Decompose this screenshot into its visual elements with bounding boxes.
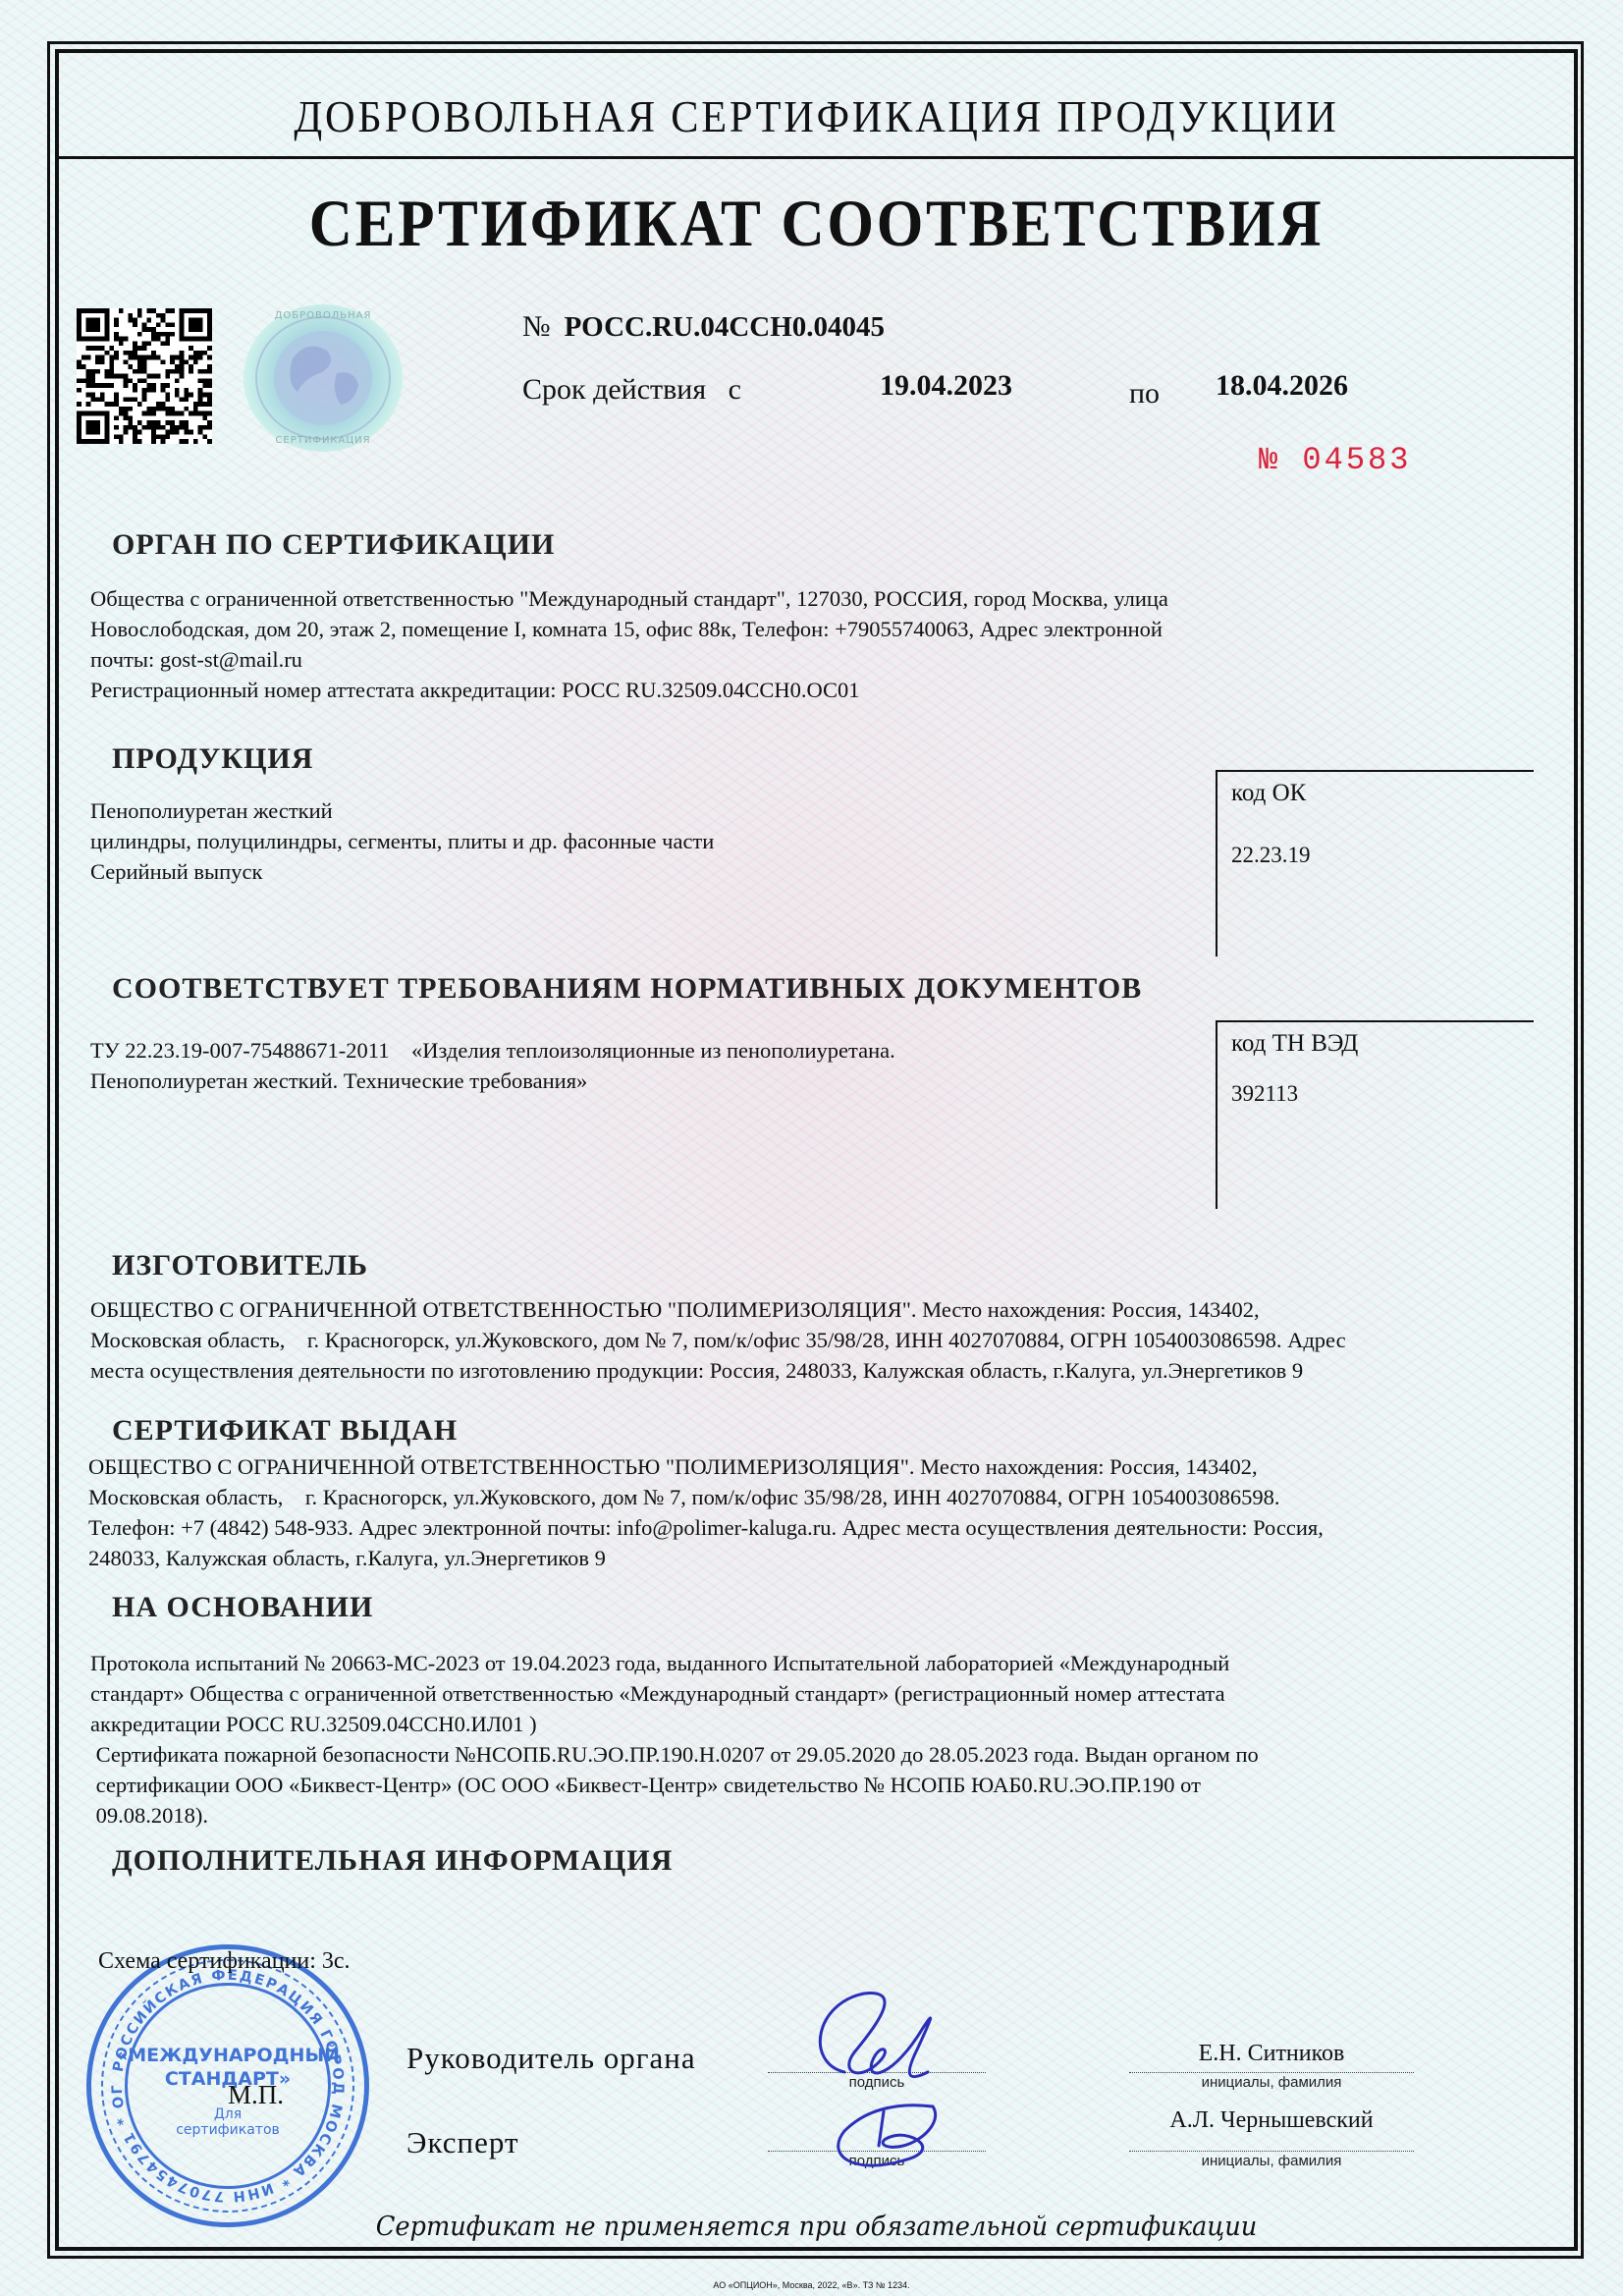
- okpd-code-value: 22.23.19: [1231, 843, 1534, 868]
- seal-name-line1: «МЕЖДУНАРОДНЫЙ: [91, 2044, 364, 2067]
- text-line: Пенополиуретан жесткий: [90, 795, 1170, 826]
- qr-code-icon: [77, 308, 212, 444]
- text-line: аккредитации РОСС RU.32509.04ССН0.ИЛ01 ): [90, 1709, 1563, 1739]
- text-line: 248033, Калужская область, г.Калуга, ул.…: [88, 1543, 1561, 1573]
- text-line: Телефон: +7 (4842) 548-933. Адрес электр…: [88, 1512, 1561, 1543]
- tnved-code-box: код ТН ВЭД 392113: [1216, 1020, 1534, 1209]
- text-line: сертификации ООО «Биквест-Центр» (ОС ООО…: [90, 1770, 1563, 1800]
- head-name: Е.Н. Ситников: [1129, 2041, 1414, 2067]
- seal-place-label: М.П.: [228, 2080, 284, 2110]
- text-line: Пенополиуретан жесткий. Технические треб…: [90, 1066, 1170, 1096]
- certificate-number: №РОСС.RU.04ССН0.04045: [522, 310, 885, 344]
- text-line: стандарт» Общества с ограниченной ответс…: [90, 1678, 1563, 1709]
- okpd-code-box: код ОК 22.23.19: [1216, 770, 1534, 957]
- hologram-top-text: ДОБРОВОЛЬНАЯ: [243, 310, 403, 321]
- head-name-line: [1129, 2072, 1414, 2073]
- validity-from-label: с: [729, 373, 741, 406]
- okpd-code-caption: код ОК: [1231, 780, 1534, 807]
- section-heading-additional-info: ДОПОЛНИТЕЛЬНАЯ ИНФОРМАЦИЯ: [112, 1844, 673, 1878]
- footer-note: Сертификат не применяется при обязательн…: [93, 2212, 1540, 2242]
- section-heading-compliance: СООТВЕТСТВУЕТ ТРЕБОВАНИЯМ НОРМАТИВНЫХ ДО…: [112, 972, 1142, 1006]
- certificate-number-value: РОСС.RU.04ССН0.04045: [565, 311, 885, 343]
- expert-name-line: [1129, 2151, 1414, 2152]
- basis-text: Протокола испытаний № 20663-МС-2023 от 1…: [90, 1648, 1563, 1831]
- compliance-text: ТУ 22.23.19-007-75488671-2011 «Изделия т…: [90, 1035, 1170, 1096]
- certificate-main-title: СЕРТИФИКАТ СООТВЕТСТВИЯ: [132, 185, 1502, 262]
- validity-date-to: 18.04.2026: [1216, 369, 1348, 403]
- printer-imprint: АО «ОПЦИОН», Москва, 2022, «В». ТЗ № 123…: [0, 2280, 1623, 2290]
- certification-scheme: Схема сертификации: 3с.: [98, 1948, 351, 1975]
- head-role-label: Руководитель органа: [406, 2041, 696, 2076]
- expert-name: А.Л. Чернышевский: [1129, 2107, 1414, 2134]
- validity-to-label: по: [1129, 377, 1160, 410]
- hologram-globe-icon: ДОБРОВОЛЬНАЯ СЕРТИФИКАЦИЯ: [243, 304, 403, 452]
- section-heading-manufacturer: ИЗГОТОВИТЕЛЬ: [112, 1249, 368, 1283]
- section-heading-issued-to: СЕРТИФИКАТ ВЫДАН: [112, 1414, 458, 1448]
- text-line: Регистрационный номер аттестата аккредит…: [90, 675, 1543, 705]
- expert-name-hint: инициалы, фамилия: [1129, 2153, 1414, 2169]
- text-line: Общества с ограниченной ответственностью…: [90, 583, 1543, 614]
- product-text: Пенополиуретан жесткий цилиндры, полуцил…: [90, 795, 1170, 887]
- voluntary-certification-title: ДОБРОВОЛЬНАЯ СЕРТИФИКАЦИЯ ПРОДУКЦИИ: [116, 90, 1517, 142]
- validity-date-from: 19.04.2023: [880, 369, 1012, 403]
- section-heading-product: ПРОДУКЦИЯ: [112, 742, 313, 776]
- text-line: места осуществления деятельности по изго…: [90, 1355, 1563, 1386]
- text-line: ТУ 22.23.19-007-75488671-2011 «Изделия т…: [90, 1035, 1170, 1066]
- hologram-bottom-text: СЕРТИФИКАЦИЯ: [243, 435, 403, 446]
- text-line: Серийный выпуск: [90, 856, 1170, 887]
- text-line: Протокола испытаний № 20663-МС-2023 от 1…: [90, 1648, 1563, 1678]
- text-line: Новослободская, дом 20, этаж 2, помещени…: [90, 614, 1543, 644]
- text-line: ОБЩЕСТВО С ОГРАНИЧЕННОЙ ОТВЕТСТВЕННОСТЬЮ…: [90, 1294, 1563, 1325]
- certification-body-text: Общества с ограниченной ответственностью…: [90, 583, 1543, 705]
- section-heading-basis: НА ОСНОВАНИИ: [112, 1591, 373, 1624]
- signature-scribble-icon: [785, 1964, 1021, 2180]
- manufacturer-text: ОБЩЕСТВО С ОГРАНИЧЕННОЙ ОТВЕТСТВЕННОСТЬЮ…: [90, 1294, 1563, 1386]
- text-line: 09.08.2018).: [90, 1800, 1563, 1831]
- number-sign: №: [522, 310, 551, 343]
- text-line: ОБЩЕСТВО С ОГРАНИЧЕННОЙ ОТВЕТСТВЕННОСТЬЮ…: [88, 1451, 1561, 1482]
- validity-text: Срок действия: [522, 373, 706, 406]
- section-heading-certification-body: ОРГАН ПО СЕРТИФИКАЦИИ: [112, 528, 555, 562]
- text-line: Московская область, г. Красногорск, ул.Ж…: [90, 1325, 1563, 1355]
- text-line: цилиндры, полуцилиндры, сегменты, плиты …: [90, 826, 1170, 856]
- text-line: почты: gost-st@mail.ru: [90, 644, 1543, 675]
- expert-role-label: Эксперт: [406, 2125, 519, 2160]
- blank-serial-number: № 04583: [1259, 442, 1411, 478]
- header-divider: [55, 156, 1578, 159]
- tnved-code-value: 392113: [1231, 1081, 1534, 1107]
- issued-to-text: ОБЩЕСТВО С ОГРАНИЧЕННОЙ ОТВЕТСТВЕННОСТЬЮ…: [88, 1451, 1561, 1573]
- text-line: Московская область, г. Красногорск, ул.Ж…: [88, 1482, 1561, 1512]
- text-line: Сертификата пожарной безопасности №НСОПБ…: [90, 1739, 1563, 1770]
- head-name-hint: инициалы, фамилия: [1129, 2074, 1414, 2091]
- seal-sub-line2: сертификатов: [91, 2122, 364, 2138]
- tnved-code-caption: код ТН ВЭД: [1231, 1030, 1534, 1058]
- validity-label: Срок действия с: [522, 373, 741, 407]
